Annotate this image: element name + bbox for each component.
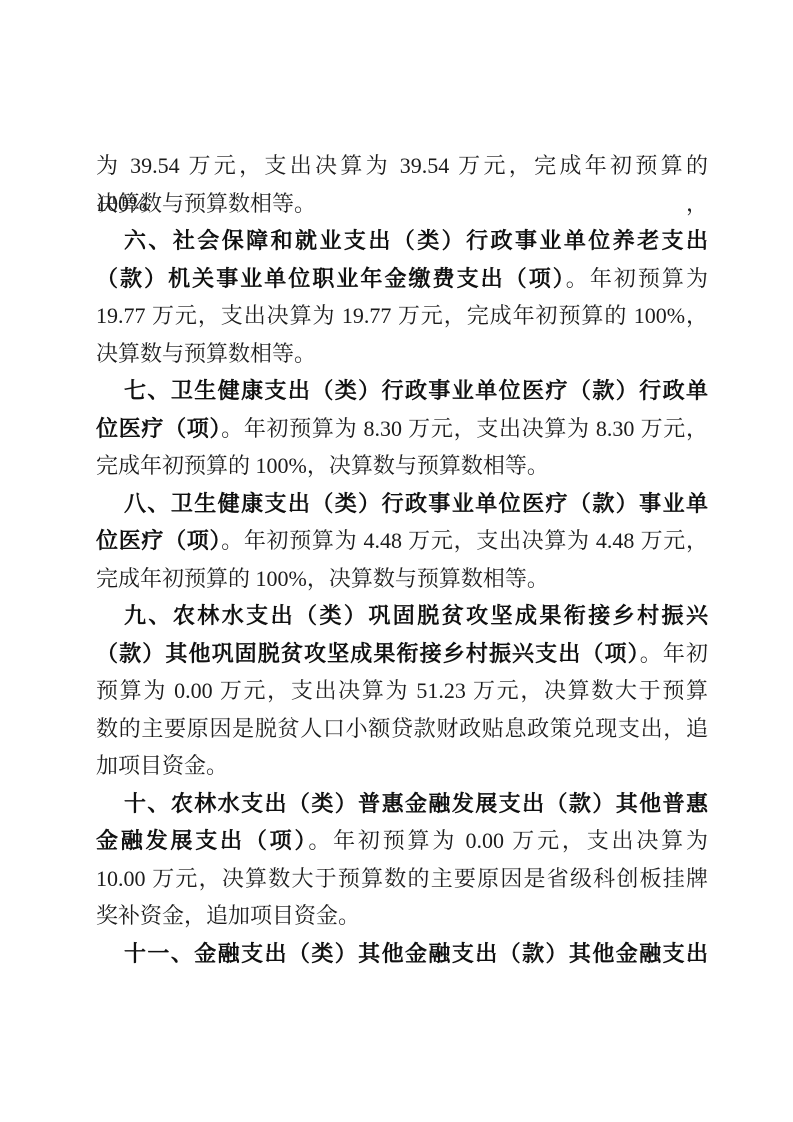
text-run: 。年初: [640, 641, 708, 666]
text-line: 金融发展支出（项）。年初预算为 0.00 万元，支出决算为: [96, 822, 708, 860]
text-run: 。年初预算为 0.00 万元，支出决算为: [308, 828, 708, 853]
text-run: 预算为 0.00 万元，支出决算为 51.23 万元，决算数大于预算: [96, 678, 708, 703]
text-line: 完成年初预算的 100%，决算数与预算数相等。: [96, 447, 708, 485]
text-line: 预算为 0.00 万元，支出决算为 51.23 万元，决算数大于预算: [96, 672, 708, 710]
text-line: 完成年初预算的 100%，决算数与预算数相等。: [96, 560, 708, 598]
document-body: 为 39.54 万元，支出决算为 39.54 万元，完成年初预算的 100%，决…: [96, 147, 708, 972]
text-run: 。年初预算为 4.48 万元，支出决算为 4.48 万元，: [221, 528, 708, 553]
text-line: （款）其他巩固脱贫攻坚成果衔接乡村振兴支出（项）。年初: [96, 635, 708, 673]
bold-text-run: 金融发展支出（项）: [96, 828, 308, 853]
text-line: 位医疗（项）。年初预算为 8.30 万元，支出决算为 8.30 万元，: [96, 410, 708, 448]
bold-text-run: 位医疗（项）: [96, 528, 221, 553]
bold-text-run: 十一、金融支出（类）其他金融支出（款）其他金融支出: [124, 941, 708, 966]
text-run: 完成年初预算的 100%，决算数与预算数相等。: [96, 566, 549, 591]
text-run: 决算数与预算数相等。: [96, 341, 316, 366]
bold-text-run: （款）其他巩固脱贫攻坚成果衔接乡村振兴支出（项）: [96, 641, 640, 666]
text-run: 19.77 万元，支出决算为 19.77 万元，完成年初预算的 100%，: [96, 303, 708, 328]
text-line: 六、社会保障和就业支出（类）行政事业单位养老支出: [96, 222, 708, 260]
text-line: 为 39.54 万元，支出决算为 39.54 万元，完成年初预算的 100%，: [96, 147, 708, 185]
bold-text-run: 十、农林水支出（类）普惠金融发展支出（款）其他普惠: [124, 791, 708, 816]
text-run: 奖补资金，追加项目资金。: [96, 903, 360, 928]
text-run: 加项目资金。: [96, 753, 228, 778]
text-line: 十一、金融支出（类）其他金融支出（款）其他金融支出: [96, 935, 708, 973]
bold-text-run: 六、社会保障和就业支出（类）行政事业单位养老支出: [124, 228, 708, 253]
text-line: 奖补资金，追加项目资金。: [96, 897, 708, 935]
text-run: 数的主要原因是脱贫人口小额贷款财政贴息政策兑现支出，追: [96, 716, 708, 741]
text-line: 数的主要原因是脱贫人口小额贷款财政贴息政策兑现支出，追: [96, 710, 708, 748]
bold-text-run: 七、卫生健康支出（类）行政事业单位医疗（款）行政单: [124, 378, 708, 403]
text-line: 位医疗（项）。年初预算为 4.48 万元，支出决算为 4.48 万元，: [96, 522, 708, 560]
text-run: 决算数与预算数相等。: [96, 191, 316, 216]
text-line: 10.00 万元，决算数大于预算数的主要原因是省级科创板挂牌: [96, 860, 708, 898]
text-line: 决算数与预算数相等。: [96, 335, 708, 373]
text-run: 完成年初预算的 100%，决算数与预算数相等。: [96, 453, 549, 478]
text-line: 八、卫生健康支出（类）行政事业单位医疗（款）事业单: [96, 485, 708, 523]
text-run: 。年初预算为: [566, 266, 708, 291]
bold-text-run: 八、卫生健康支出（类）行政事业单位医疗（款）事业单: [124, 491, 708, 516]
text-line: 七、卫生健康支出（类）行政事业单位医疗（款）行政单: [96, 372, 708, 410]
text-line: （款）机关事业单位职业年金缴费支出（项）。年初预算为: [96, 260, 708, 298]
text-line: 九、农林水支出（类）巩固脱贫攻坚成果衔接乡村振兴: [96, 597, 708, 635]
bold-text-run: （款）机关事业单位职业年金缴费支出（项）: [96, 266, 566, 291]
text-line: 加项目资金。: [96, 747, 708, 785]
text-line: 十、农林水支出（类）普惠金融发展支出（款）其他普惠: [96, 785, 708, 823]
text-run: 。年初预算为 8.30 万元，支出决算为 8.30 万元，: [221, 416, 708, 441]
bold-text-run: 位医疗（项）: [96, 416, 221, 441]
text-line: 19.77 万元，支出决算为 19.77 万元，完成年初预算的 100%，: [96, 297, 708, 335]
bold-text-run: 九、农林水支出（类）巩固脱贫攻坚成果衔接乡村振兴: [124, 603, 708, 628]
document-page: 为 39.54 万元，支出决算为 39.54 万元，完成年初预算的 100%，决…: [0, 0, 793, 1122]
text-run: 10.00 万元，决算数大于预算数的主要原因是省级科创板挂牌: [96, 866, 708, 891]
